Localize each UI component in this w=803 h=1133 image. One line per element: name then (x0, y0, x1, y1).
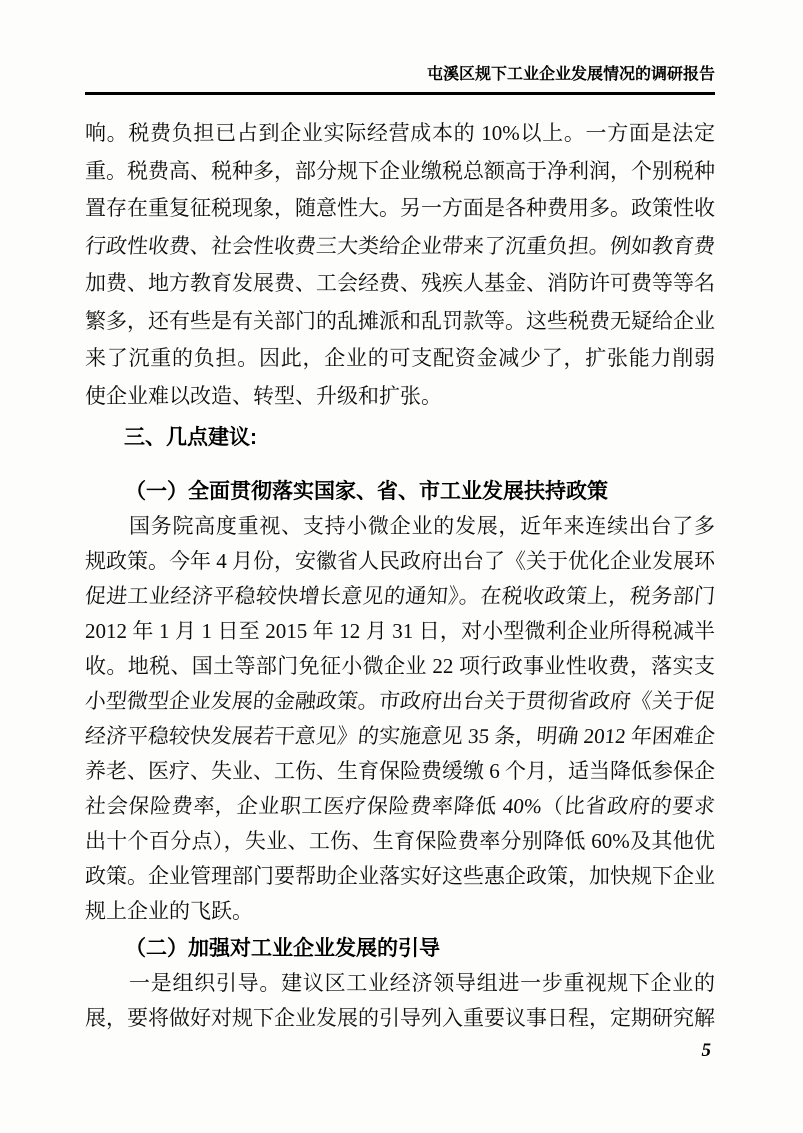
text-line: 行政性收费、社会性收费三大类给企业带来了沉重负担。例如教育费附 (83, 228, 716, 266)
text-line: 小型微型企业发展的金融政策。市政府出台关于贯彻省政府《关于促进 (83, 684, 716, 719)
text-line: 一是组织引导。建议区工业经济领导组进一步重视规下企业的发 (85, 966, 715, 1001)
text-line: 收。地税、国土等部门免征小微企业 22 项行政事业性收费，落实支持 (85, 649, 715, 684)
document-page: 屯溪区规下工业企业发展情况的调研报告 响。税费负担已占到企业实际经营成本的 10… (0, 0, 803, 1133)
text-line: 加费、地方教育发展费、工会经费、残疾人基金、消防许可费等等名目 (85, 265, 715, 303)
paragraph-organizational-guidance: 一是组织引导。建议区工业经济领导组进一步重视规下企业的发 展，要将做好对规下企业… (85, 966, 715, 1036)
subsection-heading-guidance: （二）加强对工业企业发展的引导 (85, 932, 715, 966)
header-title: 屯溪区规下工业企业发展情况的调研报告 (85, 0, 715, 86)
text-line: 经济平稳较快发展若干意见》的实施意见 35 条，明确 2012 年困难企业 (83, 719, 716, 754)
text-line: 规上企业的飞跃。 (85, 894, 715, 929)
text-line: 社会保险费率，企业职工医疗保险费率降低 40%（比省政府的要求高 (83, 789, 716, 824)
text-line: 政策。企业管理部门要帮助企业落实好这些惠企政策，加快规下企业向 (85, 859, 715, 894)
paragraph-tax-burden: 响。税费负担已占到企业实际经营成本的 10%以上。一方面是法定税负 重。税费高、… (85, 115, 715, 415)
section-heading-suggestions: 三、几点建议: (85, 421, 715, 455)
text-line: 2012 年 1 月 1 日至 2015 年 12 月 31 日，对小型微利企业… (85, 614, 715, 649)
text-line: 置存在重复征税现象，随意性大。另一方面是各种费用多。政策性收费、 (85, 190, 715, 228)
text-line: 使企业难以改造、转型、升级和扩张。 (85, 378, 715, 416)
text-line: 国务院高度重视、支持小微企业的发展，近年来连续出台了多项法 (85, 509, 715, 544)
text-line: 出十个百分点），失业、工伤、生育保险费率分别降低 60%及其他优惠 (85, 824, 715, 859)
text-line: 响。税费负担已占到企业实际经营成本的 10%以上。一方面是法定税负 (85, 115, 715, 153)
text-line: 来了沉重的负担。因此，企业的可支配资金减少了，扩张能力削弱了， (85, 340, 715, 378)
page-number: 5 (702, 1040, 712, 1062)
text-line: 养老、医疗、失业、工伤、生育保险费缓缴 6 个月，适当降低参保企业 (85, 754, 715, 789)
subsection-heading-policy: （一）全面贯彻落实国家、省、市工业发展扶持政策 (85, 475, 715, 509)
text-line: 繁多，还有些是有关部门的乱摊派和乱罚款等。这些税费无疑给企业带 (85, 303, 715, 341)
paragraph-policy-implementation: 国务院高度重视、支持小微企业的发展，近年来连续出台了多项法 规政策。今年 4 月… (85, 509, 715, 929)
header-rule (85, 92, 715, 95)
text-line: 展，要将做好对规下企业发展的引导列入重要议事日程，定期研究解决 (85, 1001, 715, 1036)
text-line: 促进工业经济平稳较快增长意见的通知》。在税收政策上，税务部门自 (83, 579, 716, 614)
page-content: 屯溪区规下工业企业发展情况的调研报告 响。税费负担已占到企业实际经营成本的 10… (85, 0, 715, 1036)
text-line: 规政策。今年 4 月份，安徽省人民政府出台了《关于优化企业发展环境 (85, 544, 715, 579)
text-line: 重。税费高、税种多，部分规下企业缴税总额高于净利润，个别税种设 (85, 153, 715, 191)
document-body: 响。税费负担已占到企业实际经营成本的 10%以上。一方面是法定税负 重。税费高、… (85, 115, 715, 1036)
